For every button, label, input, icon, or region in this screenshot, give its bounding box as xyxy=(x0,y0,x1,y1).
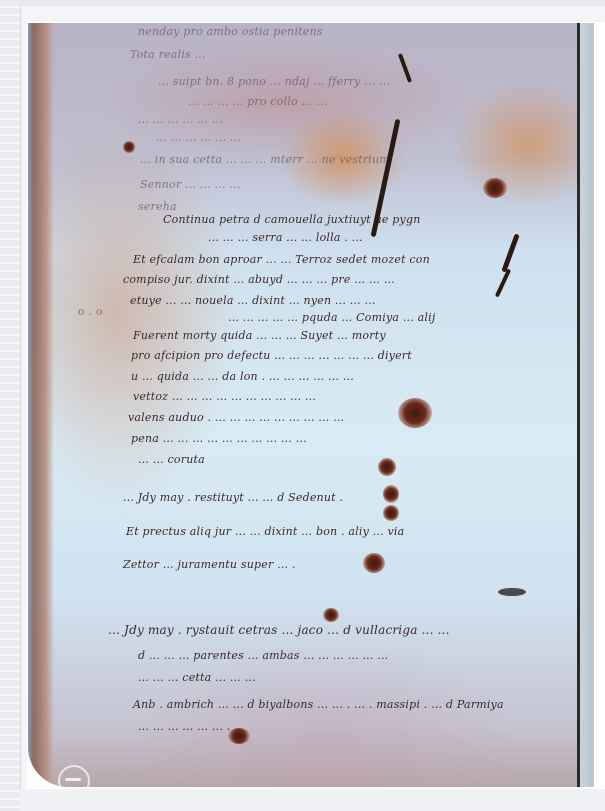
manuscript-line: Sennor ... ... ... ... xyxy=(140,178,240,191)
ink-stain xyxy=(483,178,507,198)
manuscript-line: ... ... ... ... ... ... xyxy=(156,131,241,144)
ink-stain xyxy=(383,485,399,503)
page-tear xyxy=(501,233,519,272)
ink-stain xyxy=(323,608,339,622)
ink-stain xyxy=(228,728,250,744)
binding-edge xyxy=(28,23,54,787)
manuscript-line: ... Jdy may . restituyt ... ... d Sedenu… xyxy=(123,491,343,504)
ink-stain xyxy=(363,553,385,573)
manuscript-line: ... suipt bn. 8 pono ... ndaj ... fferry… xyxy=(158,75,390,88)
manuscript-line: pro afcipion pro defectu ... ... ... ...… xyxy=(131,349,412,362)
ink-stain xyxy=(378,458,396,476)
manuscript-line: nenday pro ambo ostia penitens xyxy=(138,25,323,38)
manuscript-line: ... ... ... ... pro collo ... ... xyxy=(188,95,327,108)
scrollbar-strip[interactable] xyxy=(0,0,21,811)
manuscript-line: ... in sua cetta ... ... ... mterr ... n… xyxy=(140,153,390,166)
manuscript-line: ... ... ... ... ... ... xyxy=(138,113,223,126)
manuscript-line: Continua petra d camouella juxtiuyt ue p… xyxy=(163,213,421,226)
manuscript-line: ... ... ... cetta ... ... ... xyxy=(138,671,256,684)
manuscript-line: Et prectus aliq jur ... ... dixint ... b… xyxy=(126,525,404,538)
top-edge xyxy=(20,0,605,6)
right-margin xyxy=(580,23,594,787)
manuscript-line: Tota realis ... xyxy=(130,48,206,61)
manuscript-line: Zettor ... juramentu super ... . xyxy=(123,558,296,571)
manuscript-line: ... ... ... ... ... pquda ... Comiya ...… xyxy=(228,311,435,324)
copyright-circle-icon xyxy=(58,765,90,787)
manuscript-line: pena ... ... ... ... ... ... ... ... ...… xyxy=(131,432,307,445)
manuscript-line: Et efcalam bon aproar ... ... Terroz sed… xyxy=(133,253,430,266)
ink-stain xyxy=(123,141,135,153)
bottom-edge xyxy=(20,789,605,811)
marginal-dots: o . o xyxy=(78,305,103,318)
manuscript-line: d ... ... ... parentes ... ambas ... ...… xyxy=(138,649,388,662)
page-tear xyxy=(398,53,412,83)
manuscript-line: valens auduo . ... ... ... ... ... ... .… xyxy=(128,411,344,424)
manuscript-line: Fuerent morty quida ... ... ... Suyet ..… xyxy=(133,329,386,342)
manuscript-line: ... ... ... serra ... ... lolla . ... xyxy=(208,231,363,244)
manuscript-line: u ... quida ... ... da lon . ... ... ...… xyxy=(131,370,354,383)
manuscript-page: nenday pro ambo ostia penitens Tota real… xyxy=(28,23,594,787)
manuscript-line: ... ... coruta xyxy=(138,453,205,466)
manuscript-line: compiso jur. dixint ... abuyd ... ... ..… xyxy=(123,273,395,286)
manuscript-line: etuye ... ... nouela ... dixint ... nyen… xyxy=(130,294,376,307)
ink-stain xyxy=(383,505,399,521)
manuscript-line: sereha xyxy=(138,200,177,213)
manuscript-line: vettoz ... ... ... ... ... ... ... ... .… xyxy=(133,390,316,403)
manuscript-line: ... Jdy may . rystauit cetras ... jaco .… xyxy=(108,623,450,637)
ink-stain xyxy=(398,398,432,428)
manuscript-line: ... ... ... ... ... ... . xyxy=(138,720,230,733)
right-margin-rule xyxy=(577,23,580,787)
page-tear xyxy=(498,588,526,596)
manuscript-line: Anb . ambrich ... ... d biyalbons ... ..… xyxy=(133,698,504,711)
page-tear xyxy=(495,269,511,298)
